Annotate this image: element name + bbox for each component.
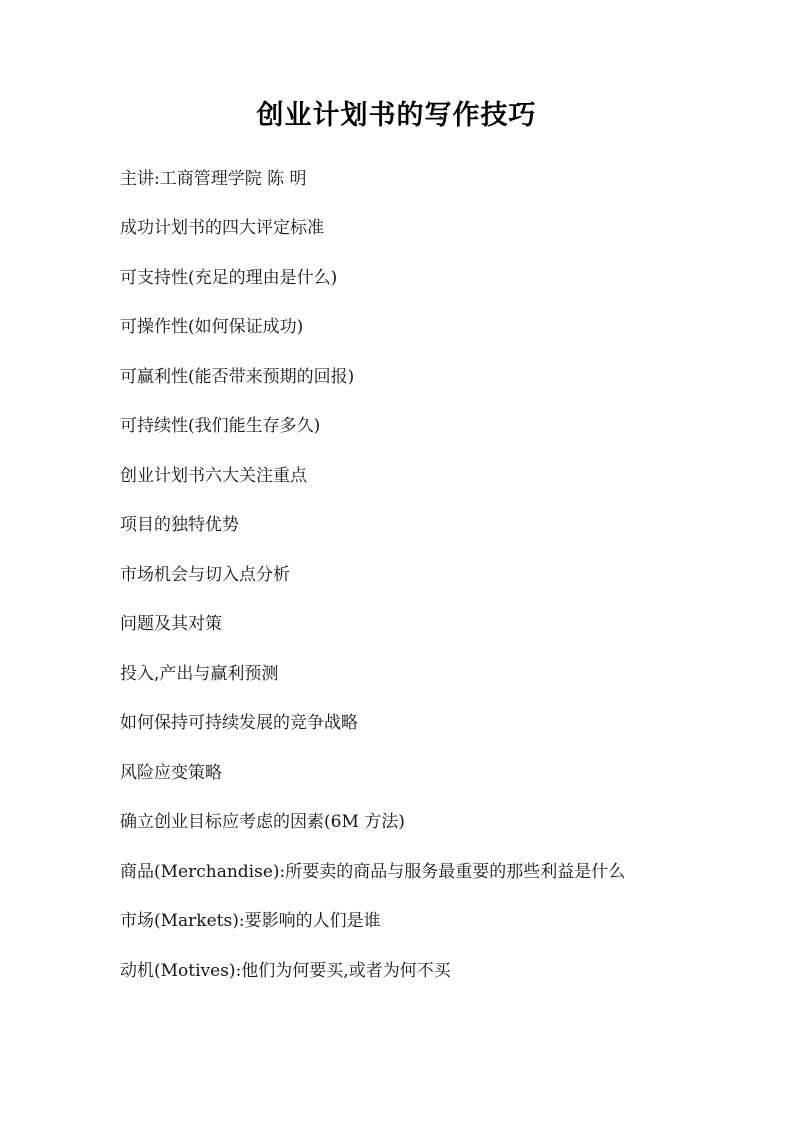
section-heading-evaluation-criteria: 成功计划书的四大评定标准 xyxy=(120,216,324,240)
focus-competitive-strategy: 如何保持可持续发展的竞争战略 xyxy=(120,711,358,735)
criterion-profitability: 可赢利性(能否带来预期的回报) xyxy=(120,365,354,389)
document-page: 创业计划书的写作技巧 主讲:工商管理学院 陈 明 成功计划书的四大评定标准 可支… xyxy=(0,0,793,1122)
criterion-supportability: 可支持性(充足的理由是什么) xyxy=(120,266,337,290)
presenter-line: 主讲:工商管理学院 陈 明 xyxy=(120,167,307,191)
focus-input-output-forecast: 投入,产出与赢利预测 xyxy=(120,662,278,686)
section-heading-6m-method: 确立创业目标应考虑的因素(6M 方法) xyxy=(120,810,405,834)
6m-markets: 市场(Markets):要影响的人们是谁 xyxy=(120,909,381,933)
document-title: 创业计划书的写作技巧 xyxy=(0,96,793,136)
criterion-operability: 可操作性(如何保证成功) xyxy=(120,315,303,339)
6m-motives: 动机(Motives):他们为何要买,或者为何不买 xyxy=(120,959,451,983)
criterion-sustainability: 可持续性(我们能生存多久) xyxy=(120,414,320,438)
focus-risk-strategy: 风险应变策略 xyxy=(120,761,222,785)
focus-market-opportunity: 市场机会与切入点分析 xyxy=(120,563,290,587)
focus-unique-advantage: 项目的独特优势 xyxy=(120,513,239,537)
6m-merchandise: 商品(Merchandise):所要卖的商品与服务最重要的那些利益是什么 xyxy=(120,860,625,884)
section-heading-focus-points: 创业计划书六大关注重点 xyxy=(120,464,307,488)
focus-problems-solutions: 问题及其对策 xyxy=(120,612,222,636)
